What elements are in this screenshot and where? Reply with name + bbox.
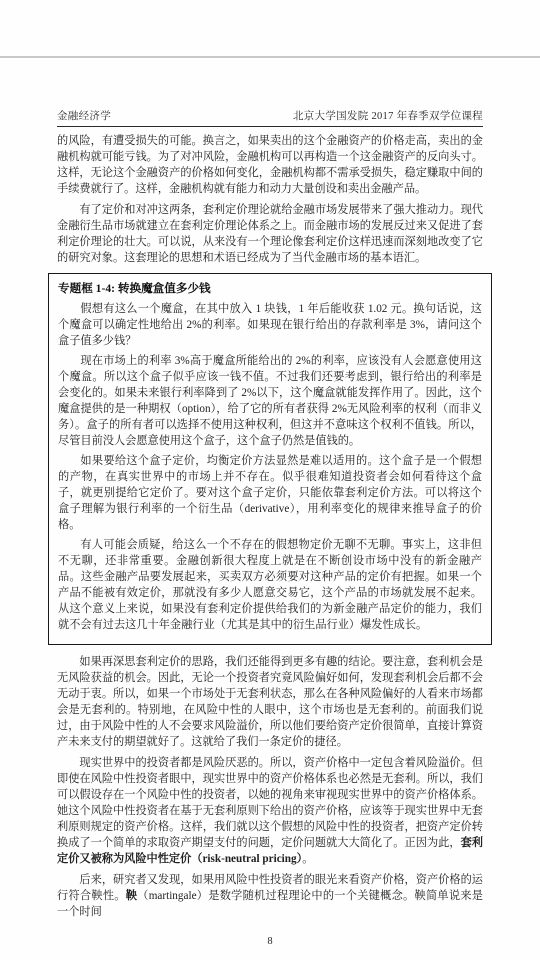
header-rule xyxy=(57,126,483,127)
paragraph-text: 。 xyxy=(302,853,313,865)
previous-page-bottom-margin xyxy=(0,0,540,56)
box-paragraph: 假想有这么一个魔盒，在其中放入 1 块钱，1 年后能收获 1.02 元。换句话说… xyxy=(58,301,482,349)
box-paragraph: 有人可能会质疑，给这么一个不存在的假想物定价无聊不无聊。事实上，这非但不无聊，还… xyxy=(58,537,482,633)
pdf-viewer: 金融经济学 北京大学国发院 2017 年春季双学位课程 的风险，有遭受损失的可能… xyxy=(0,0,540,960)
topic-box-title: 专题框 1-4: 转换魔盒值多少钱 xyxy=(58,280,482,297)
header-course-label: 北京大学国发院 2017 年春季双学位课程 xyxy=(293,108,483,123)
page-header: 金融经济学 北京大学国发院 2017 年春季双学位课程 xyxy=(57,108,483,123)
paragraph-text: 现实世界中的投资者都是风险厌恶的。所以，资产价格中一定包含着风险溢价。但即使在风… xyxy=(57,757,483,849)
bold-term-martingale: 鞅 xyxy=(126,890,137,902)
body-paragraph-with-bold: 现实世界中的投资者都是风险厌恶的。所以，资产价格中一定包含着风险溢价。但即使在风… xyxy=(57,755,483,867)
box-paragraph: 如果要给这个盒子定价，均衡定价方法显然是难以适用的。这个盒子是一个假想的产物，在… xyxy=(58,453,482,533)
body-paragraph: 如果再深思套利定价的思路，我们还能得到更多有趣的结论。要注意，套利机会是无风险获… xyxy=(57,654,483,750)
page-number: 8 xyxy=(57,936,483,957)
body-paragraph: 有了定价和对冲这两条，套利定价理论就给金融市场发展带来了强大推动力。现代金融衍生… xyxy=(57,202,483,266)
document-page: 金融经济学 北京大学国发院 2017 年春季双学位课程 的风险，有遭受损失的可能… xyxy=(0,58,540,957)
body-paragraph-continuation: 的风险，有遭受损失的可能。换言之，如果卖出的这个金融资产的价格走高，卖出的金融机… xyxy=(57,133,483,197)
header-book-title: 金融经济学 xyxy=(57,108,111,123)
body-paragraph-with-bold: 后来，研究者又发现，如果用风险中性投资者的眼光来看资产价格，资产价格的运行符合鞅… xyxy=(57,872,483,920)
topic-box-1-4: 专题框 1-4: 转换魔盒值多少钱 假想有这么一个魔盒，在其中放入 1 块钱，1… xyxy=(48,273,492,645)
box-paragraph: 现在市场上的利率 3%高于魔盒所能给出的 2%的利率，应该没有人会愿意使用这个魔… xyxy=(58,353,482,449)
